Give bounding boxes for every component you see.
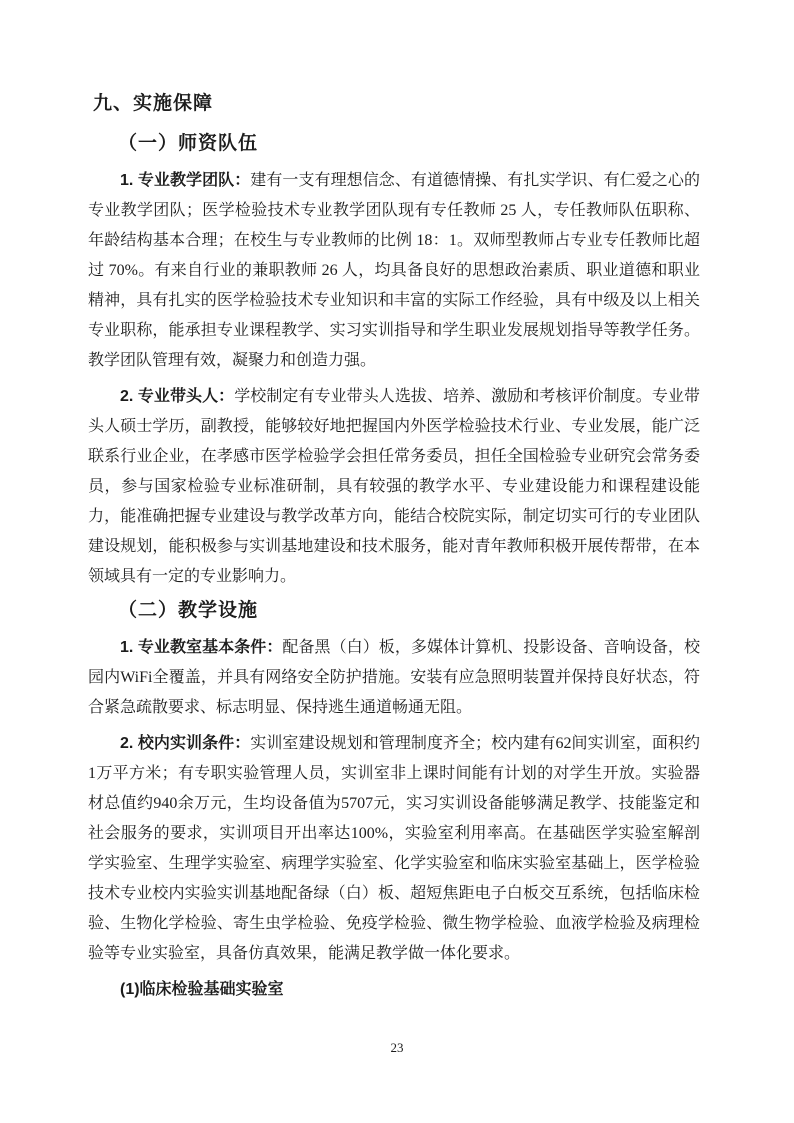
paragraph-text: 实训室建设规划和管理制度齐全；校内建有62间实训室，面积约1万平方米；有专职实验… — [88, 735, 700, 962]
paragraph-lead: 2. 校内实训条件： — [120, 735, 250, 752]
section-heading-facilities: （二）教学设施 — [118, 598, 700, 624]
section-heading-faculty: （一）师资队伍 — [118, 131, 700, 157]
page-number: 23 — [0, 1040, 794, 1056]
paragraph-classroom-conditions: 1. 专业教室基本条件：配备黑（白）板，多媒体计算机、投影设备、音响设备，校园内… — [88, 633, 700, 723]
paragraph-lead: 1. 专业教学团队： — [120, 172, 250, 189]
page-content: 九、实施保障 （一）师资队伍 1. 专业教学团队：建有一支有理想信念、有道德情操… — [88, 0, 700, 1005]
document-page: 九、实施保障 （一）师资队伍 1. 专业教学团队：建有一支有理想信念、有道德情操… — [0, 0, 794, 1123]
paragraph-teaching-team: 1. 专业教学团队：建有一支有理想信念、有道德情操、有扎实学识、有仁爱之心的专业… — [88, 166, 700, 376]
paragraph-lead: 2. 专业带头人： — [120, 388, 234, 405]
paragraph-training-conditions: 2. 校内实训条件：实训室建设规划和管理制度齐全；校内建有62间实训室，面积约1… — [88, 729, 700, 969]
paragraph-text: 建有一支有理想信念、有道德情操、有扎实学识、有仁爱之心的专业教学团队；医学检验技… — [88, 172, 700, 369]
paragraph-lead: 1. 专业教室基本条件： — [120, 639, 282, 656]
paragraph-text: 学校制定有专业带头人选拔、培养、激励和考核评价制度。专业带头人硕士学历，副教授，… — [88, 388, 700, 585]
subitem-heading-clinical-lab: (1)临床检验基础实验室 — [120, 975, 700, 1005]
paragraph-program-leader: 2. 专业带头人：学校制定有专业带头人选拔、培养、激励和考核评价制度。专业带头人… — [88, 382, 700, 592]
chapter-heading: 九、实施保障 — [93, 91, 700, 117]
